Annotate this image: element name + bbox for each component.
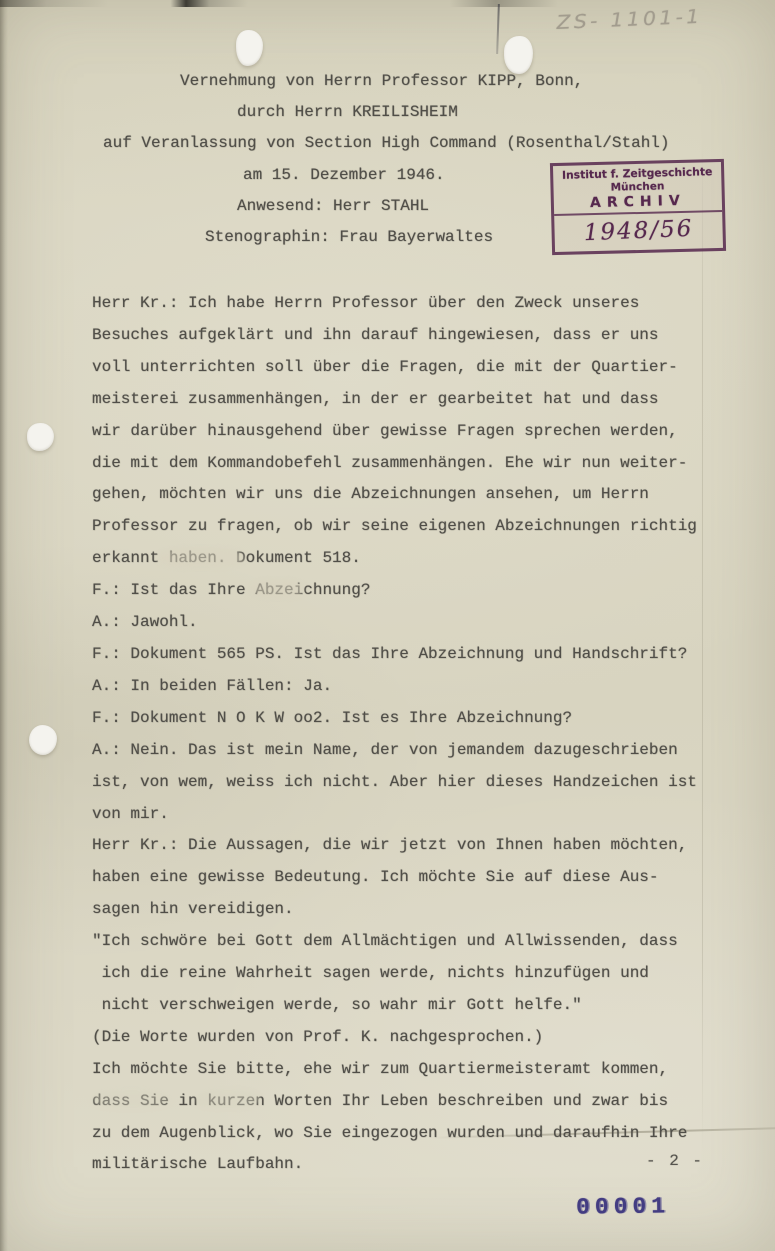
pencil-tick-mark [496, 4, 500, 54]
body-line: A.: Nein. Das ist mein Name, der von jem… [92, 735, 697, 767]
ink-smudge [252, 580, 304, 598]
body-line: voll unterrichten soll über die Fragen, … [92, 352, 697, 384]
body-line: ich die reine Wahrheit sagen werde, nich… [92, 958, 697, 990]
punch-hole [27, 423, 54, 451]
ink-smudge [196, 1090, 260, 1108]
body-line: Professor zu fragen, ob wir seine eigene… [92, 511, 697, 543]
body-line: F.: Dokument 565 PS. Ist das Ihre Abzeic… [92, 639, 697, 671]
body-line: Besuches aufgeklärt und ihn darauf hinge… [92, 320, 697, 352]
serial-number-stamp: 00001 [576, 1193, 670, 1220]
stamp-handwritten-number: 1948/56 [554, 210, 723, 253]
ink-smudge [158, 548, 244, 568]
archive-stamp: Institut f. Zeitgeschichte München ARCHI… [550, 159, 726, 255]
body-line: wir darüber hinausgehend über gewisse Fr… [92, 416, 697, 448]
body-line: Herr Kr.: Die Aussagen, die wir jetzt vo… [92, 830, 697, 862]
body-line: dass Sie in kurzen Worten Ihr Leben besc… [92, 1086, 697, 1118]
body-line: F.: Dokument N O K W oo2. Ist es Ihre Ab… [92, 703, 697, 735]
body-line: A.: In beiden Fällen: Ja. [92, 671, 697, 703]
ink-smudge [92, 1090, 170, 1108]
body-line: "Ich schwöre bei Gott dem Allmächtigen u… [92, 926, 697, 958]
body-line: die mit dem Kommandobefehl zusammenhänge… [92, 448, 697, 480]
document-body: Herr Kr.: Ich habe Herrn Professor über … [92, 288, 697, 1181]
page-number: - 2 - [646, 1152, 704, 1170]
paper-crease-vertical [702, 140, 703, 1150]
punch-hole [236, 30, 263, 66]
stamp-archiv-label: ARCHIV [556, 192, 720, 212]
header-line: durch Herrn KREILISHEIM [237, 97, 670, 128]
body-line: sagen hin vereidigen. [92, 894, 697, 926]
header-line: Vernehmung von Herrn Professor KIPP, Bon… [180, 66, 670, 97]
body-line: nicht verschweigen werde, so wahr mir Go… [92, 990, 697, 1022]
punch-hole [29, 725, 57, 755]
body-line: zu dem Augenblick, wo Sie eingezogen wur… [92, 1118, 697, 1150]
body-line: Ich möchte Sie bitte, ehe wir zum Quarti… [92, 1054, 697, 1086]
body-line: F.: Ist das Ihre Abzeichnung? [92, 575, 697, 607]
scan-edge-left [0, 0, 8, 1251]
body-line: haben eine gewisse Bedeutung. Ich möchte… [92, 862, 697, 894]
scanned-document-page: ZS- 1101-1 Vernehmung von Herrn Professo… [0, 0, 775, 1251]
body-line: A.: Jawohl. [92, 607, 697, 639]
archive-stamp-top: Institut f. Zeitgeschichte München ARCHI… [553, 162, 722, 216]
body-line: (Die Worte wurden von Prof. K. nachgespr… [92, 1022, 697, 1054]
scan-edge-top [0, 0, 775, 7]
body-line: gehen, möchten wir uns die Abzeichnungen… [92, 479, 697, 511]
body-line: militärische Laufbahn. [92, 1149, 697, 1181]
body-line: ist, von wem, weiss ich nicht. Aber hier… [92, 767, 697, 799]
header-line: auf Veranlassung von Section High Comman… [103, 128, 670, 159]
body-line: von mir. [92, 799, 697, 831]
body-line: Herr Kr.: Ich habe Herrn Professor über … [92, 288, 697, 320]
body-line: meisterei zusammenhängen, in der er gear… [92, 384, 697, 416]
